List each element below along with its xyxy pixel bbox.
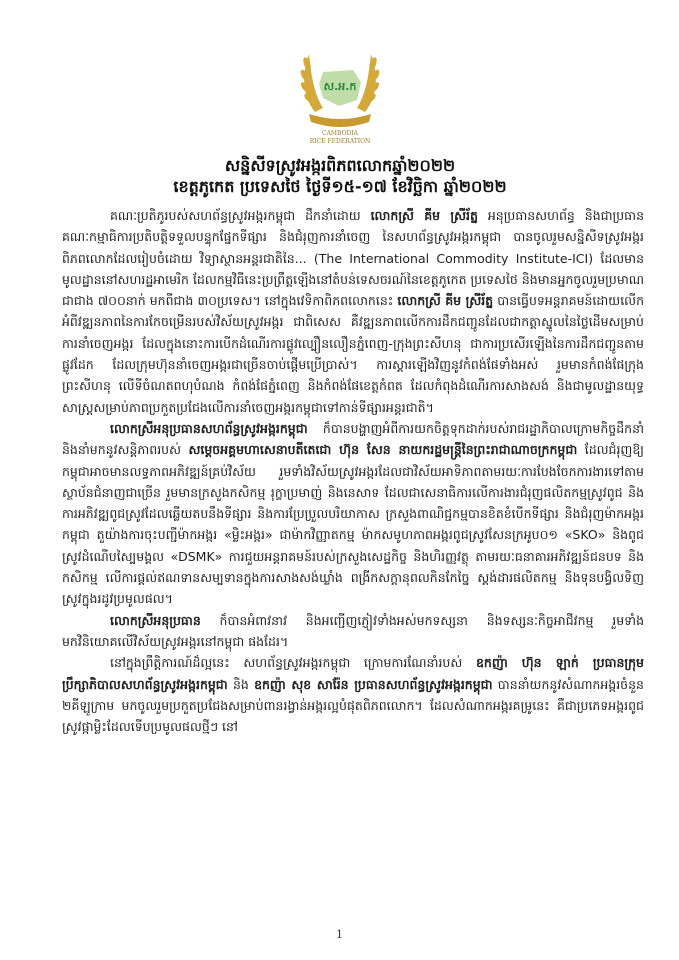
paragraph-4: នៅក្នុងព្រឹត្តិការណ៍ដ៏ល្អនេះ សហព័ន្ធស្រូ… bbox=[62, 652, 644, 737]
paragraph-1: គណៈប្រតិភូរបស់សហព័ន្ធស្រូវអង្ករកម្ពុជា ដ… bbox=[62, 205, 644, 418]
text-segment: ដែលជំរុញឱ្យកម្ពុជាអាចមានលទ្ធភាពអភិវឌ្ឍន៍… bbox=[62, 442, 644, 606]
text-segment: បានធ្វើបទអន្តរាគមន៍ដោយលើកអំពីវឌ្ឍនភាពនៃក… bbox=[62, 293, 644, 414]
bold-name: លោកស្រីអនុប្រធានសហព័ន្ធស្រូវអង្ករកម្ពុជា bbox=[110, 421, 308, 436]
document-title: សន្និសីទស្រូវអង្ករពិភពលោកឆ្នាំ២០២២ ខេត្ត… bbox=[60, 155, 620, 197]
title-line-2: ខេត្តភូកេត ប្រទេសថៃ ថ្ងៃទី១៥-១៧ ខែវិច្ឆិ… bbox=[60, 176, 620, 197]
document-body: គណៈប្រតិភូរបស់សហព័ន្ធស្រូវអង្ករកម្ពុជា ដ… bbox=[62, 205, 644, 737]
bold-name: សម្តេចអគ្គមហាសេនាបតីតេជោ ហ៊ុន សែន នាយករដ… bbox=[189, 442, 578, 457]
paragraph-3: លោកស្រីអនុប្រធាន ក៏បានអំពាវនាវ និងអញ្ជើញ… bbox=[62, 610, 644, 653]
rice-wreath-icon: ស.អ.ក CAMBODIA RICE FEDERATION bbox=[295, 42, 385, 147]
text-segment: នៅក្នុងព្រឹត្តិការណ៍ដ៏ល្អនេះ សហព័ន្ធស្រូ… bbox=[110, 655, 476, 670]
text-segment: និង bbox=[228, 677, 254, 692]
bold-name: ឧកញ៉ា សុខ សារ៉ែន ប្រធានសហព័ន្ធស្រូវអង្ករ… bbox=[254, 677, 493, 692]
bold-name: លោកស្រី គីម ស្រីរ័ត្ន bbox=[397, 293, 493, 308]
bold-name: លោកស្រីអនុប្រធាន bbox=[110, 613, 201, 628]
document-page: ស.អ.ក CAMBODIA RICE FEDERATION សន្និសីទស… bbox=[0, 0, 679, 960]
svg-text:RICE FEDERATION: RICE FEDERATION bbox=[310, 138, 371, 145]
svg-text:ស.អ.ក: ស.អ.ក bbox=[324, 80, 357, 93]
text-segment: គណៈប្រតិភូរបស់សហព័ន្ធស្រូវអង្ករកម្ពុជា ដ… bbox=[110, 208, 371, 223]
page-number: 1 bbox=[0, 928, 679, 941]
bold-name: លោកស្រី គីម ស្រីរ័ត្ន bbox=[371, 208, 478, 223]
title-line-1: សន្និសីទស្រូវអង្ករពិភពលោកឆ្នាំ២០២២ bbox=[60, 155, 620, 176]
cambodia-rice-federation-logo: ស.អ.ក CAMBODIA RICE FEDERATION bbox=[295, 42, 385, 147]
paragraph-2: លោកស្រីអនុប្រធានសហព័ន្ធស្រូវអង្ករកម្ពុជា… bbox=[62, 418, 644, 610]
svg-text:CAMBODIA: CAMBODIA bbox=[322, 130, 359, 137]
